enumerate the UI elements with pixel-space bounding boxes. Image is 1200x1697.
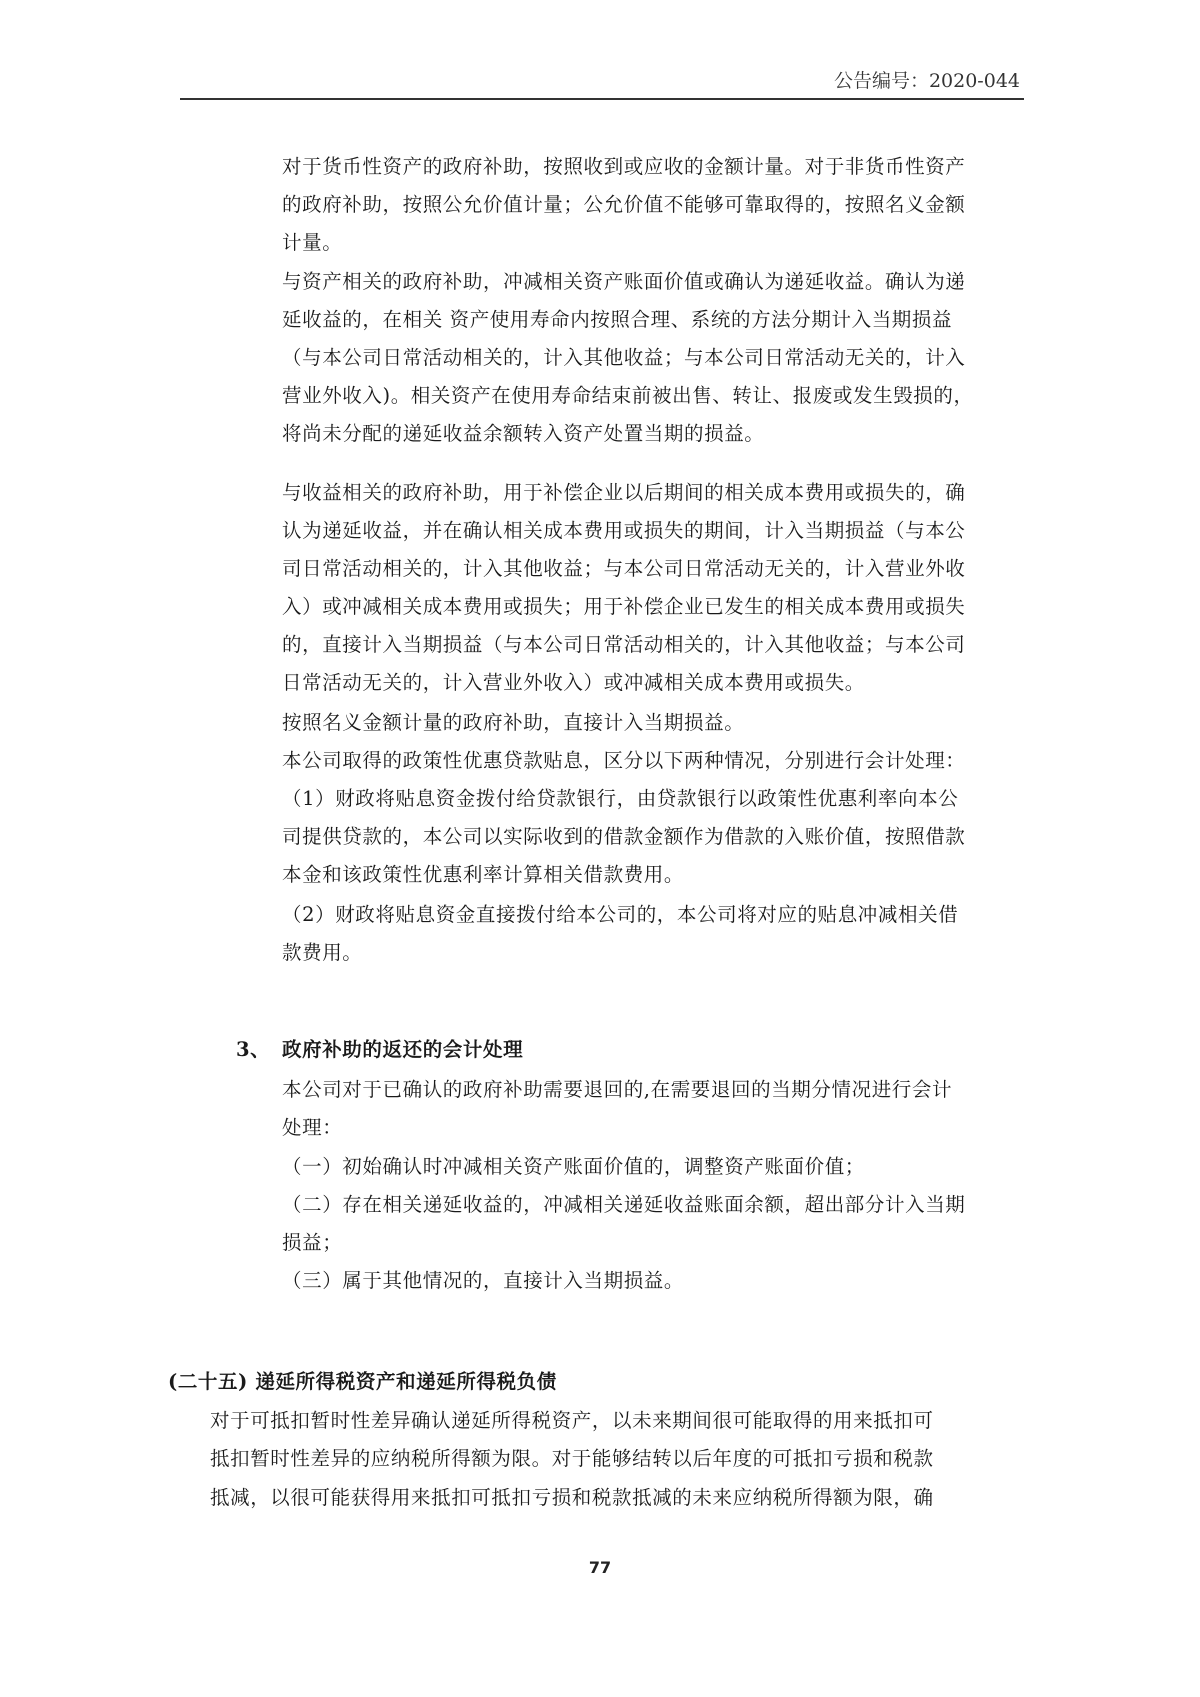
text-line: （三）属于其他情况的，直接计入当期损益。 bbox=[282, 1269, 684, 1293]
text-line: 认为递延收益，并在确认相关成本费用或损失的期间，计入当期损益（与本公 bbox=[282, 519, 965, 543]
text-line: 本公司对于已确认的政府补助需要退回的,在需要退回的当期分情况进行会计 bbox=[282, 1078, 952, 1102]
text-line: 处理： bbox=[282, 1116, 342, 1140]
text-line: （1）财政将贴息资金拨付给贷款银行，由贷款银行以政策性优惠利率向本公 bbox=[282, 787, 958, 811]
text-line: （与本公司日常活动相关的，计入其他收益；与本公司日常活动无关的，计入 bbox=[282, 346, 965, 370]
text-line: 将尚未分配的递延收益余额转入资产处置当期的损益。 bbox=[282, 422, 764, 446]
section-heading: 政府补助的返还的会计处理 bbox=[282, 1038, 523, 1062]
text-line: （一）初始确认时冲减相关资产账面价值的，调整资产账面价值； bbox=[282, 1155, 865, 1179]
text-line: 司日常活动相关的，计入其他收益；与本公司日常活动无关的，计入营业外收 bbox=[282, 557, 965, 581]
text-line: 款费用。 bbox=[282, 941, 362, 965]
text-line: 的，直接计入当期损益（与本公司日常活动相关的，计入其他收益；与本公司 bbox=[282, 633, 965, 657]
text-line: （2）财政将贴息资金直接拨付给本公司的，本公司将对应的贴息冲减相关借 bbox=[282, 903, 958, 927]
text-line: （二）存在相关递延收益的，冲减相关递延收益账面余额，超出部分计入当期 bbox=[282, 1193, 965, 1217]
text-line: 对于可抵扣暂时性差异确认递延所得税资产，以未来期间很可能取得的用来抵扣可 bbox=[210, 1409, 934, 1433]
text-line: 的政府补助，按照公允价值计量；公允价值不能够可靠取得的，按照名义金额 bbox=[282, 193, 965, 217]
text-line: 按照名义金额计量的政府补助，直接计入当期损益。 bbox=[282, 711, 744, 735]
text-line: 损益； bbox=[282, 1231, 342, 1255]
text-line: 本金和该政策性优惠利率计算相关借款费用。 bbox=[282, 863, 684, 887]
text-line: 营业外收入)。相关资产在使用寿命结束前被出售、转让、报废或发生毁损的， bbox=[282, 384, 974, 408]
text-line: 入）或冲减相关成本费用或损失；用于补偿企业已发生的相关成本费用或损失 bbox=[282, 595, 965, 619]
header-divider bbox=[180, 98, 1024, 100]
text-line: 与收益相关的政府补助，用于补偿企业以后期间的相关成本费用或损失的，确 bbox=[282, 481, 965, 505]
announcement-number: 公告编号：2020-044 bbox=[834, 66, 1020, 93]
text-line: 司提供贷款的，本公司以实际收到的借款金额作为借款的入账价值，按照借款 bbox=[282, 825, 965, 849]
text-line: 与资产相关的政府补助，冲减相关资产账面价值或确认为递延收益。确认为递 bbox=[282, 270, 965, 294]
text-line: 延收益的，在相关 资产使用寿命内按照合理、系统的方法分期计入当期损益 bbox=[282, 308, 952, 332]
text-line: 本公司取得的政策性优惠贷款贴息，区分以下两种情况，分别进行会计处理： bbox=[282, 749, 965, 773]
text-line: 抵减，以很可能获得用来抵扣可抵扣亏损和税款抵减的未来应纳税所得额为限，确 bbox=[210, 1486, 934, 1510]
section-heading: (二十五) 递延所得税资产和递延所得税负债 bbox=[168, 1370, 557, 1394]
page-number: 77 bbox=[0, 1558, 1200, 1577]
text-line: 对于货币性资产的政府补助，按照收到或应收的金额计量。对于非货币性资产 bbox=[282, 155, 1018, 179]
text-line: 日常活动无关的，计入营业外收入）或冲减相关成本费用或损失。 bbox=[282, 671, 865, 695]
text-line: 计量。 bbox=[282, 231, 342, 255]
section-number: 3、 bbox=[236, 1038, 270, 1062]
text-line: 抵扣暂时性差异的应纳税所得额为限。对于能够结转以后年度的可抵扣亏损和税款 bbox=[210, 1447, 934, 1471]
